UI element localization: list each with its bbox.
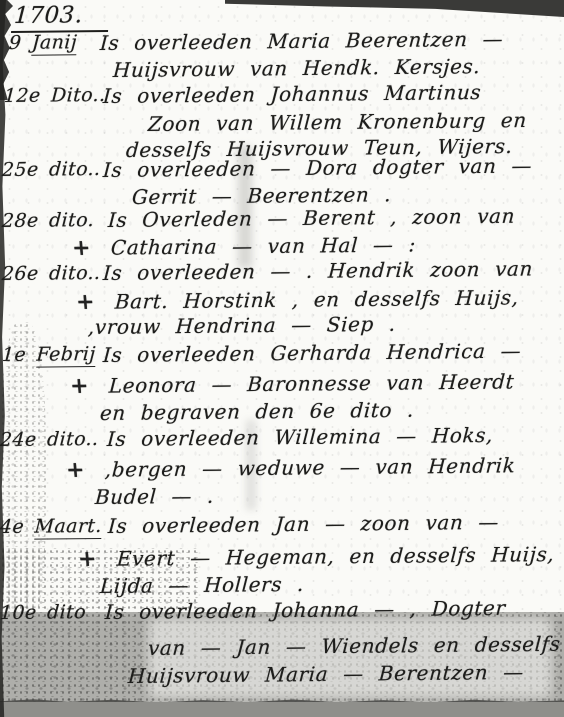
entry-text: Is overleeden Gerharda Hendrica — [102, 341, 521, 365]
entry-line: Is overleeden Maria Beerentzen — [99, 29, 504, 53]
entry-day: 25e [1, 159, 39, 181]
entry-month: dito.. [46, 428, 99, 451]
entry-text: Is overleeden Jan — zoon van — [107, 512, 499, 536]
entry-line: Huijsvrouw van Hendk. Kersjes. [112, 56, 481, 80]
entry-line: Is overleeden Jan — zoon van — [107, 512, 499, 536]
entry-month: dito [46, 601, 86, 623]
entry-day: 12e [3, 85, 41, 107]
entry-month: Dito.. [50, 84, 106, 107]
entry-line: Gerrit — Beerentzen . [131, 184, 392, 207]
entry-date: 24e dito.. [0, 430, 99, 450]
entry-date: 25e dito.. [1, 160, 101, 180]
entry-date: 9 Janij [8, 33, 77, 53]
entry-day: 1e [1, 344, 26, 366]
entry-text: Is overleeden — Dora dogter van — [102, 155, 532, 180]
margin-cross-icon: + [65, 459, 91, 481]
margin-cross-icon: + [75, 291, 101, 313]
entry-text: en begraven den 6e dito . [99, 400, 414, 423]
entry-text: Leonora — Baronnesse van Heerdt [108, 371, 515, 395]
entry-text: Huijsvrouw Maria — Berentzen — [127, 662, 524, 686]
entry-date: 28e dito. [1, 211, 94, 231]
entry-text: Evert — Hegeman, en desselfs Huijs, [116, 544, 555, 569]
entry-day: 10e [0, 602, 37, 624]
entry-date: 1e Febrij [1, 345, 96, 365]
entry-line: Is overleeden Johannus Martinus [102, 82, 482, 106]
entry-day: 9 [8, 32, 22, 54]
entry-text: Is Overleden — Berent , zoon van [107, 206, 515, 230]
entry-text: Is overleeden Maria Beerentzen — [99, 29, 504, 53]
entry-date: 4e Maart. [0, 517, 102, 537]
entry-text: Is overleeden Willemina — Hoks, [106, 425, 493, 449]
entry-line: Budel — . [94, 486, 214, 507]
entry-month: Janij [31, 31, 78, 55]
entry-line: Is Overleden — Berent , zoon van [107, 206, 515, 230]
entry-month: dito. [48, 209, 94, 231]
margin-cross-icon: + [71, 237, 97, 259]
margin-cross-icon: + [69, 375, 95, 397]
entry-text: Lijda — Hollers . [99, 574, 304, 596]
entry-text: Catharina — van Hal — : [110, 234, 416, 257]
entry-line: Huijsvrouw Maria — Berentzen — [127, 662, 524, 686]
entry-line: + Catharina — van Hal — : [71, 233, 416, 259]
entry-day: 4e [0, 516, 25, 538]
entry-date: 10e dito [0, 603, 87, 623]
entry-text: Gerrit — Beerentzen . [131, 184, 392, 207]
margin-cross-icon: + [77, 548, 103, 570]
year-heading: 1703. [11, 4, 109, 28]
entry-text: van — Jan — Wiendels en desselfs [147, 634, 561, 658]
entry-line: + ,bergen — weduwe — van Hendrik [65, 454, 516, 481]
scanner-background-bottom [0, 702, 564, 717]
entry-text: Is overleeden — . Hendrik zoon van [102, 258, 533, 283]
entry-day: 26e [1, 263, 39, 285]
entry-text: Is overleeden Johannus Martinus [102, 82, 482, 106]
entry-text: Huijsvrouw van Hendk. Kersjes. [112, 56, 481, 80]
entry-line: + Evert — Hegeman, en desselfs Huijs, [77, 543, 555, 570]
entry-line: van — Jan — Wiendels en desselfs [147, 634, 561, 658]
entry-day: 24e [0, 429, 37, 451]
register-page-scan: 1703. 9 Janij Is overleeden Maria Beeren… [0, 0, 564, 717]
entry-line: + Leonora — Baronnesse van Heerdt [69, 370, 515, 397]
entry-line: Is overleeden Johanna — , Dogter [104, 598, 506, 622]
entry-month: Febrij [36, 343, 96, 368]
entry-text: Zoon van Willem Kronenburg en [147, 110, 527, 134]
entry-line: Is overleeden Gerharda Hendrica — [102, 341, 521, 365]
entry-text: ,bergen — weduwe — van Hendrik [104, 455, 516, 479]
entry-line: + Bart. Horstink , en desselfs Huijs, [75, 286, 519, 313]
entry-line: Is overleeden — . Hendrik zoon van [102, 258, 533, 283]
entry-date: 26e dito.. [1, 264, 101, 284]
year-text: 1703. [11, 2, 110, 33]
entry-month: Maart. [34, 515, 103, 540]
entry-text: ,vrouw Hendrina — Siep . [87, 314, 396, 337]
entry-month: dito.. [48, 262, 101, 285]
entry-text: Budel — . [94, 486, 214, 507]
entry-line: Lijda — Hollers . [99, 574, 304, 596]
entry-date: 12e Dito.. [3, 86, 106, 106]
entry-line: Is overleeden Willemina — Hoks, [106, 425, 493, 449]
entry-line: ,vrouw Hendrina — Siep . [87, 314, 396, 337]
entry-text: Bart. Horstink , en desselfs Huijs, [114, 287, 519, 311]
entry-line: Is overleeden — Dora dogter van — [102, 155, 532, 180]
entry-text: Is overleeden Johanna — , Dogter [104, 598, 506, 622]
entry-line: Zoon van Willem Kronenburg en [147, 110, 527, 134]
entry-day: 28e [1, 210, 39, 232]
entry-month: dito.. [48, 158, 101, 181]
entry-line: en begraven den 6e dito . [99, 400, 414, 423]
